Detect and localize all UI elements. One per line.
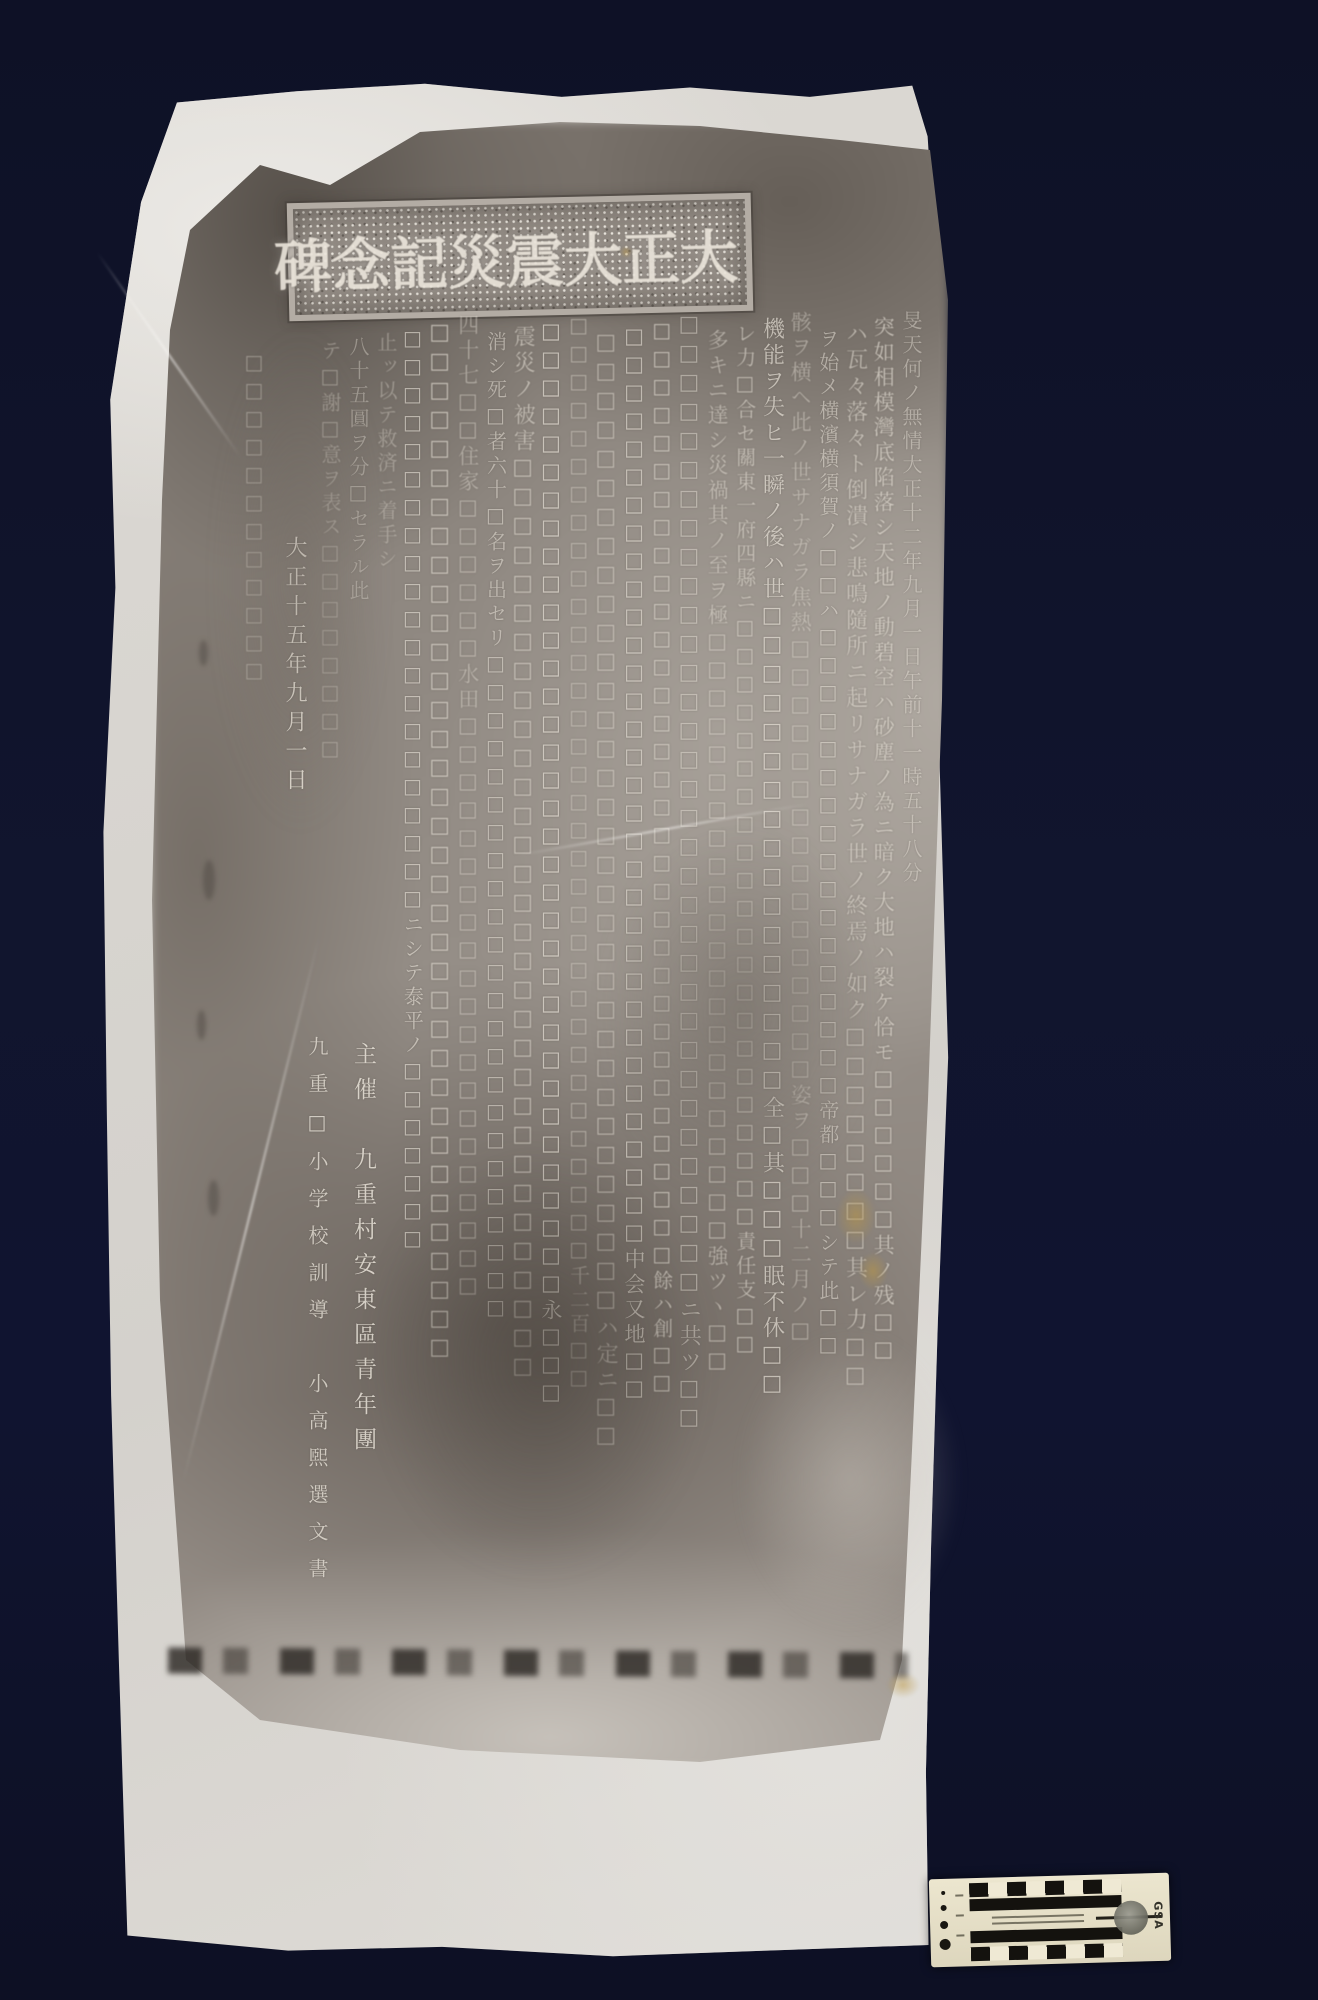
body-column: □□□□□□□□□□□□□□□□□□□□□□□□□□□□□□□□□□千二百□□ [565,313,592,1643]
dot-scale-icon [939,1939,950,1950]
title-character: 碑 [273,219,333,304]
microtext-line [992,1920,1084,1925]
body-column: ヲ始メ横濱横須賀ノ□□ハ□□□□□□□□□□□□□□□□□帝都□□□シテ此□□ [814,328,841,1658]
solid-bar [969,1895,1121,1911]
title-character: 大 [563,213,623,298]
body-column: □□□□□□□□□□□□□□□□□□□□□□□□□□□□□□□□□□ニ共ツ□□ [675,312,702,1642]
author-column: 九重□小学校訓導 小高煕選文書 [303,1036,330,1666]
microtext-line [992,1914,1084,1919]
body-column: □□□□□□□□□□□□□□□□□□□□□□□□□□□□□□□□□□ハ定ニ□□ [592,330,619,1660]
body-column: ハ瓦々落々ト倒潰シ悲鳴隨所ニ起リサナガラ世ノ終焉ノ如ク□□□□□□□□其レ力□□ [842,322,869,1652]
body-column: 止ッ以テ救済ニ着手シ□□□□□□□□□□□□□□□□□□ [372,332,399,1072]
bottom-ink-streak [168,1647,908,1678]
date-column: 大正十五年九月一日 [281,536,308,846]
body-column: 四十七□□住家□□□□□□水田□□□□□□□□□□□□□□□□□□□□□ [454,314,481,1644]
body-column: 突如相模灣底陷落シ天地ノ動碧空ハ砂塵ノ為ニ暗ク大地ハ裂ケ恰モ□□□□□□其ノ残□… [869,316,896,1646]
body-column: 消シ死□者六十□名ヲ出セリ□□□□□□□□□□□□□□□□□□□□□□□□ [482,331,509,1661]
body-column: 震災ノ被害□□□□□□□□□□□□□□□□□□□□□□□□□□□□□□□□ [509,325,536,1655]
title-character: 大 [679,210,739,295]
sponsor-column: 主催 九重村安東區青年團 [349,1042,376,1652]
micro-tick [956,1914,964,1916]
body-column: □□□□□□□□□□□□ [240,350,267,770]
dot-scale-icon [941,1891,945,1895]
body-column: テ□謝□意ヲ表ス□□□□□□□□ [316,340,343,860]
dot-scale-icon [941,1905,947,1911]
solid-bar [970,1927,1122,1943]
title-plaque: 大正大震災記念碑 [287,193,754,321]
body-column: 多キニ達シ災禍其ノ至ヲ極□□□□□□□□□□□□□□□□□□□□□□強ツヽ□□ [703,329,730,1659]
title-character: 正 [621,211,681,296]
dot-scale-icon [940,1921,948,1929]
title-plaque-text: 大正大震災記念碑 [293,199,747,315]
micro-tick [955,1894,963,1896]
body-column: □□□□□□□□□□□□□□□□□□□□□□□□□□□□□□□□□中会又地□□ [620,324,647,1654]
title-character: 災 [447,215,507,300]
title-character: 震 [505,214,565,299]
micro-tick [956,1934,964,1936]
body-column: レ力□合セ關東一府四縣ニ□□□□□□□□□□□□□□□□□□□□□□責任支□□ [731,323,758,1653]
body-column: 機能ヲ失ヒ一瞬ノ後ハ世□□□□□□□□□□□□□□□□□全□其□□□眠不休□□ [759,317,786,1647]
scale-card: GSA [929,1873,1171,1968]
body-column: □□□□□□□□□□□□□□□□□□□□□□□□□□□□□□□□□□□□ [426,320,453,1650]
body-column: □□□□□□□□□□□□□□□□□□□□□ニシテ泰平ノ□□□□□□□ [398,326,425,1656]
checker-bar [971,1943,1123,1961]
title-character: 念 [331,218,391,303]
gsa-label: GSA [1151,1901,1165,1930]
target-circle-icon [1114,1900,1149,1935]
title-character: 記 [389,217,449,302]
body-column: 八十五圓ヲ分□セラル此□□□□□□□□□□□□□□□□ [344,336,371,1036]
body-column: 旻天何ノ無情大正十二年九月一日午前十一時五十八分 [897,310,924,1640]
body-column: 骸ヲ横ヘ此ノ世サナガラ焦熱□□□□□□□□□□□□□□□□姿ヲ□□□十二月ノ□ [786,311,813,1641]
body-column: □□□□□□□□□□□□□□□□□□□□□□□□□□□□□□□□□□□永□□□ [537,319,564,1649]
checker-bar [969,1879,1121,1897]
body-column: □□□□□□□□□□□□□□□□□□□□□□□□□□□□□□□□□□餘ハ創□□ [648,318,675,1648]
photo: 大正大震災記念碑 旻天何ノ無情大正十二年九月一日午前十一時五十八分突如相模灣底陷… [0,0,1318,2000]
